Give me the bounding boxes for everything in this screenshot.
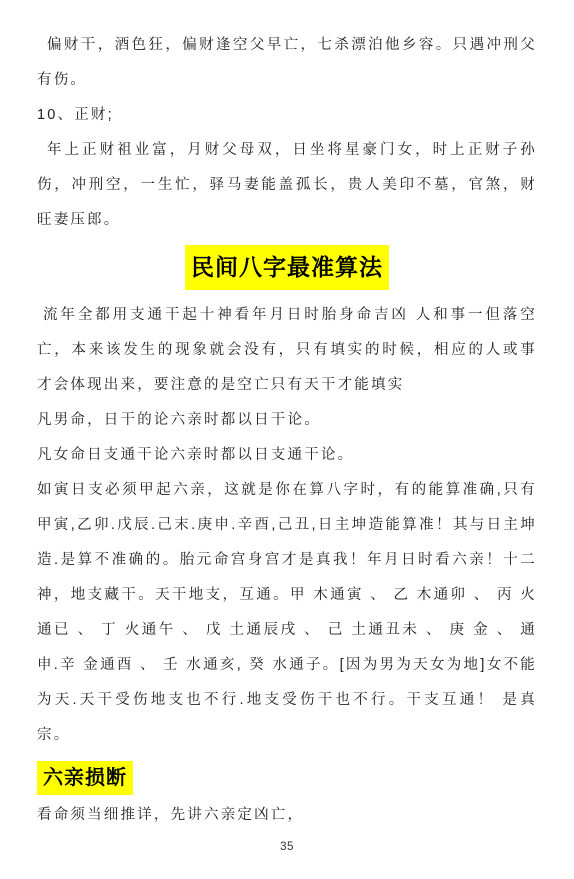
content-area: 偏财干，酒色狂，偏财逢空父早亡，七杀漂泊他乡容。只遇冲刑父有伤。 10、正财; …: [37, 28, 537, 833]
page-number: 35: [0, 841, 574, 853]
paragraph-liunian-kongwang: 流年全都用支通干起十神看年月日时胎身命吉凶 人和事一但落空亡，本来该发生的现象就…: [37, 298, 537, 403]
page-title-highlighted: 民间八字最准算法: [185, 245, 389, 290]
list-item-zhengcai: 10、正财;: [37, 98, 537, 133]
section-heading-row: 六亲损断: [37, 761, 537, 795]
document-page: 偏财干，酒色狂，偏财逢空父早亡，七杀漂泊他乡容。只遇冲刑父有伤。 10、正财; …: [0, 0, 574, 879]
paragraph-piancai: 偏财干，酒色狂，偏财逢空父早亡，七杀漂泊他乡容。只遇冲刑父有伤。: [37, 28, 537, 98]
section-heading-highlighted: 六亲损断: [37, 761, 133, 795]
paragraph-nanming-rule: 凡男命，日干的论六亲时都以日干论。: [37, 403, 537, 438]
paragraph-zhengcai-verse: 年上正财祖业富，月财父母双，日坐将星豪门女，时上正财子孙伤，冲刑空，一生忙，驿马…: [37, 133, 537, 238]
paragraph-nvming-rule: 凡女命日支通干论六亲时都以日支通干论。: [37, 438, 537, 473]
paragraph-kanming-verse: 看命须当细推详，先讲六亲定凶亡，: [37, 798, 537, 833]
section-title-row: 民间八字最准算法: [37, 245, 537, 290]
paragraph-ganzhi-hutong: 如寅日支必须甲起六亲，这就是你在算八字时，有的能算准确,只有甲寅,乙卯.戊辰.己…: [37, 473, 537, 753]
